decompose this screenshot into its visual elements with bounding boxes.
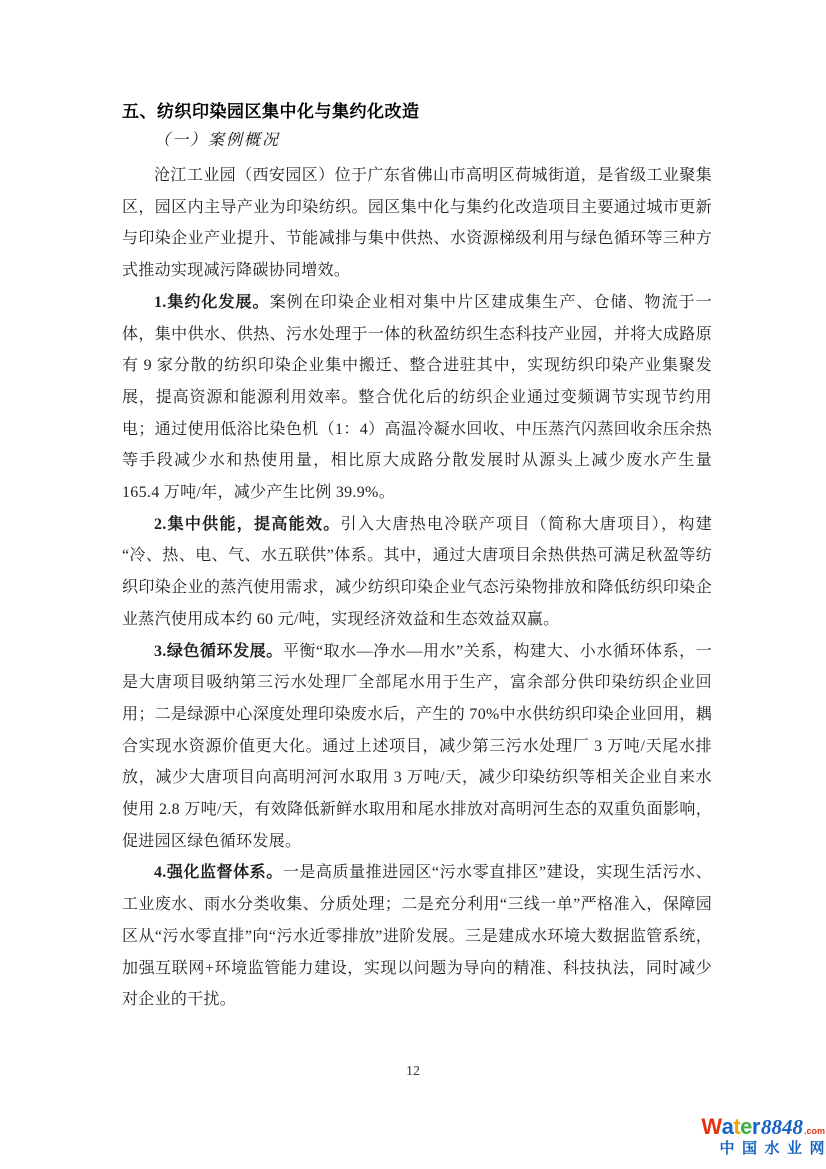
- paragraph-central-energy-supply: 2.集中供能，提高能效。引入大唐热电冷联产项目（简称大唐项目），构建“冷、热、电…: [122, 509, 712, 636]
- section-heading: 五、纺织印染园区集中化与集约化改造: [122, 101, 712, 123]
- subsection-heading: （一）案例概况: [122, 130, 712, 152]
- paragraph-body: 平衡“取水—净水—用水”关系，构建大、小水循环体系，一是大唐项目吸纳第三污水处理…: [122, 643, 712, 850]
- page-number: 12: [0, 1064, 826, 1080]
- paragraph-green-circular-development: 3.绿色循环发展。平衡“取水—净水—用水”关系，构建大、小水循环体系，一是大唐项…: [122, 636, 712, 858]
- logo-letter-a: a: [722, 1116, 734, 1138]
- paragraph-intensive-development: 1.集约化发展。案例在印染企业相对集中片区建成集生产、仓储、物流于一体，集中供水…: [122, 287, 712, 509]
- paragraph-case-overview: 沧江工业园（西安园区）位于广东省佛山市高明区荷城街道，是省级工业聚集区，园区内主…: [122, 160, 712, 287]
- document-content: 五、纺织印染园区集中化与集约化改造 （一）案例概况 沧江工业园（西安园区）位于广…: [122, 101, 712, 1016]
- paragraph-lead: 2.集中供能，提高能效。: [154, 516, 341, 533]
- logo-letter-e: e: [740, 1116, 752, 1138]
- paragraph-lead: 1.集约化发展。: [154, 294, 270, 311]
- logo-number-8848: 8848: [761, 1117, 803, 1138]
- paragraph-body: 沧江工业园（西安园区）位于广东省佛山市高明区荷城街道，是省级工业聚集区，园区内主…: [122, 167, 712, 279]
- paragraph-body: 一是高质量推进园区“污水零直排区”建设，实现生活污水、工业废水、雨水分类收集、分…: [122, 864, 712, 1008]
- paragraph-lead: 4.强化监督体系。: [154, 864, 283, 881]
- paragraph-lead: 3.绿色循环发展。: [154, 643, 283, 660]
- document-page: 五、纺织印染园区集中化与集约化改造 （一）案例概况 沧江工业园（西安园区）位于广…: [0, 0, 826, 1169]
- logo-letter-t: t: [733, 1116, 740, 1138]
- logo-tagline: 中国水业网: [701, 1141, 826, 1156]
- water8848-wordmark: W a t e r 8848 .com: [701, 1116, 825, 1138]
- paragraph-body: 案例在印染企业相对集中片区建成集生产、仓储、物流于一体，集中供水、供热、污水处理…: [122, 294, 712, 501]
- water8848-logo: W a t e r 8848 .com 中国水业网: [701, 1116, 826, 1156]
- logo-letter-r: r: [752, 1116, 760, 1138]
- paragraph-supervision-system: 4.强化监督体系。一是高质量推进园区“污水零直排区”建设，实现生活污水、工业废水…: [122, 857, 712, 1016]
- logo-dotcom-suffix: .com: [804, 1127, 825, 1136]
- logo-letter-w: W: [701, 1116, 721, 1138]
